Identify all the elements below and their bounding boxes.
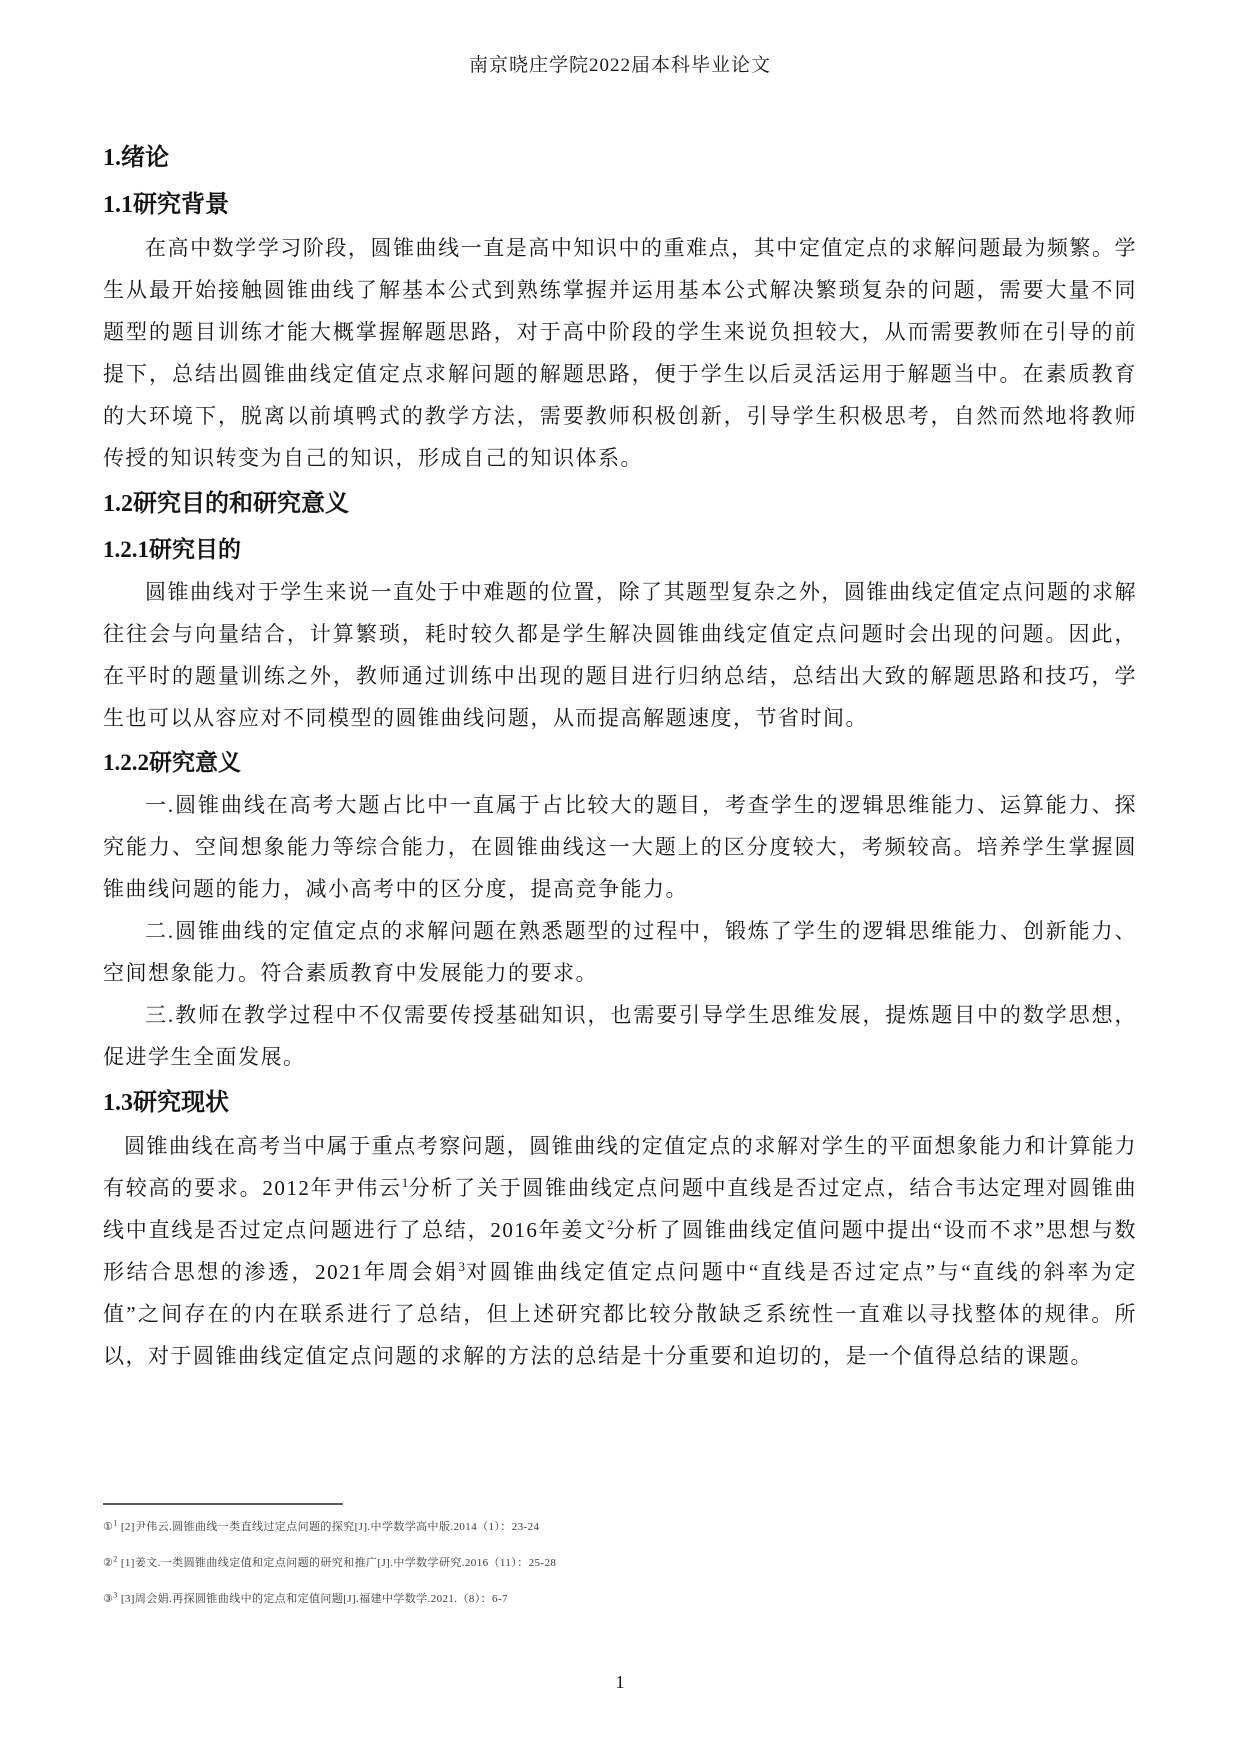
footnote-sup-3: 3 [113,1590,117,1599]
document-body: 1.绪论 1.1研究背景 在高中数学学习阶段，圆锥曲线一直是高中知识中的重难点，… [103,126,1137,1377]
paragraph-significance-1: 一.圆锥曲线在高考大题占比中一直属于占比较大的题目，考查学生的逻辑思维能力、运算… [103,784,1137,910]
header-title: 南京晓庄学院2022届本科毕业论文 [469,55,771,76]
footnote-marker-1: ① [103,1521,113,1533]
footnote-text-2: [1]姜文.一类圆锥曲线定值和定点问题的研究和推广[J].中学数学研究.2016… [121,1557,556,1569]
footnote-sup-1: 1 [113,1518,117,1527]
heading-research-purpose: 1.2.1研究目的 [103,529,1137,571]
heading-research-significance: 1.2.2研究意义 [103,742,1137,784]
paragraph-significance-2: 二.圆锥曲线的定值定点的求解问题在熟悉题型的过程中，锻炼了学生的逻辑思维能力、创… [103,910,1137,994]
paragraph-research-status: 圆锥曲线在高考当中属于重点考察问题，圆锥曲线的定值定点的求解对学生的平面想象能力… [103,1125,1137,1377]
footnote-item-2: ②2 [1]姜文.一类圆锥曲线定值和定点问题的研究和推广[J].中学数学研究.2… [103,1557,1137,1570]
page-number: 1 [0,1672,1240,1693]
heading-research-background: 1.1研究背景 [103,183,1137,227]
footnote-marker-3: ③ [103,1593,113,1605]
page-header: 南京晓庄学院2022届本科毕业论文 [0,50,1240,77]
footnote-item-3: ③3 [3]周会娟.再探圆锥曲线中的定点和定值问题[J].福建中学数学.2021… [103,1593,1137,1606]
heading-introduction: 1.绪论 [103,136,1137,180]
paragraph-research-background: 在高中数学学习阶段，圆锥曲线一直是高中知识中的重难点，其中定值定点的求解问题最为… [103,227,1137,479]
paragraph-significance-3: 三.教师在教学过程中不仅需要传授基础知识，也需要引导学生思维发展，提炼题目中的数… [103,994,1137,1078]
footnote-marker-2: ② [103,1557,113,1569]
footnote-text-1: [2]尹伟云.圆锥曲线一类直线过定点问题的探究[J].中学数学高中版.2014（… [121,1521,540,1533]
footnote-sup-2: 2 [113,1554,117,1563]
heading-research-status: 1.3研究现状 [103,1081,1137,1125]
heading-purpose-and-significance: 1.2研究目的和研究意义 [103,482,1137,526]
paragraph-research-purpose: 圆锥曲线对于学生来说一直处于中难题的位置，除了其题型复杂之外，圆锥曲线定值定点问… [103,571,1137,739]
footnote-area: ①1 [2]尹伟云.圆锥曲线一类直线过定点问题的探究[J].中学数学高中版.20… [103,1503,1137,1629]
footnote-item-1: ①1 [2]尹伟云.圆锥曲线一类直线过定点问题的探究[J].中学数学高中版.20… [103,1521,1137,1534]
footnote-separator [103,1503,343,1505]
footnote-text-3: [3]周会娟.再探圆锥曲线中的定点和定值问题[J].福建中学数学.2021.（8… [121,1593,508,1605]
thesis-page: 南京晓庄学院2022届本科毕业论文 1.绪论 1.1研究背景 在高中数学学习阶段… [0,0,1240,1754]
